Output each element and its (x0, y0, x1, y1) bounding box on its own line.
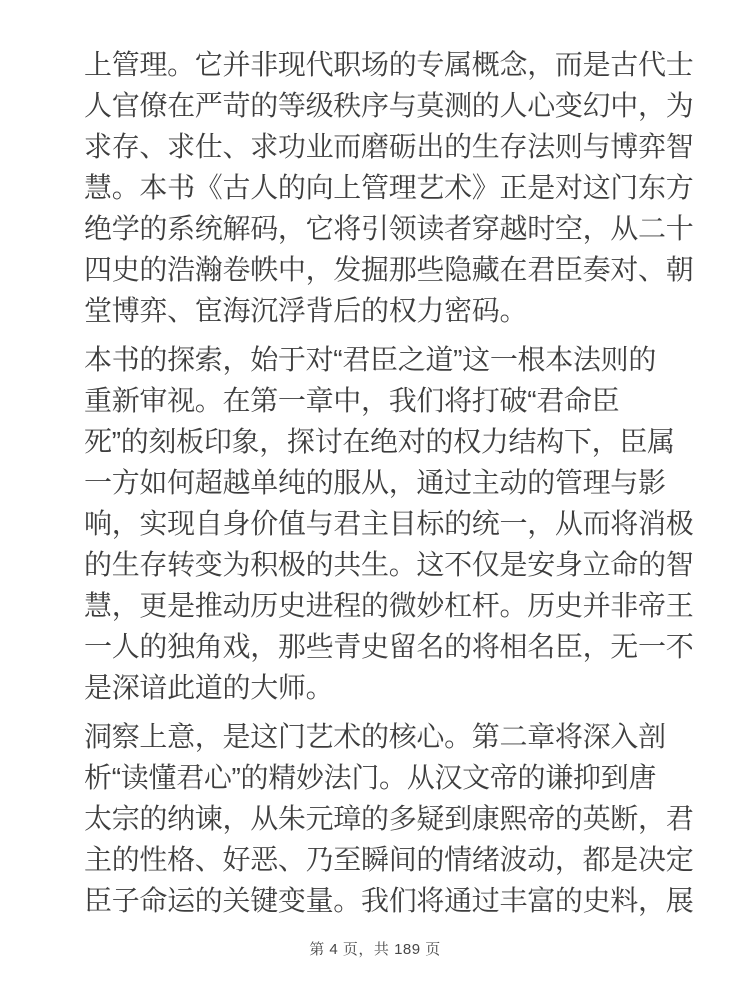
document-page: 上管理。它并非现代职场的专属概念，而是古代士人官僚在严苛的等级秩序与莫测的人心变… (0, 0, 750, 1000)
text-line: 一人的独角戏，那些青史留名的将相名臣，无一不 (84, 626, 684, 667)
text-line: 重新审视。在第一章中，我们将打破“君命臣 (84, 380, 684, 421)
paragraph: 上管理。它并非现代职场的专属概念，而是古代士人官僚在严苛的等级秩序与莫测的人心变… (84, 44, 684, 331)
page-content: 上管理。它并非现代职场的专属概念，而是古代士人官僚在严苛的等级秩序与莫测的人心变… (84, 0, 684, 929)
text-line: 臣子命运的关键变量。我们将通过丰富的史料，展 (84, 880, 684, 921)
text-line: 一方如何超越单纯的服从，通过主动的管理与影 (84, 462, 684, 503)
page-number-label: 第 4 页，共 189 页 (309, 941, 441, 958)
text-line: 死”的刻板印象，探讨在绝对的权力结构下，臣属 (84, 421, 684, 462)
paragraph: 本书的探索，始于对“君臣之道”这一根本法则的重新审视。在第一章中，我们将打破“君… (84, 339, 684, 708)
text-line: 太宗的纳谏，从朱元璋的多疑到康熙帝的英断，君 (84, 798, 684, 839)
text-line: 四史的浩瀚卷帙中，发掘那些隐藏在君臣奏对、朝 (84, 249, 684, 290)
text-line: 上管理。它并非现代职场的专属概念，而是古代士 (84, 44, 684, 85)
text-line: 本书的探索，始于对“君臣之道”这一根本法则的 (84, 339, 684, 380)
text-line: 洞察上意，是这门艺术的核心。第二章将深入剖 (84, 716, 684, 757)
text-line: 慧。本书《古人的向上管理艺术》正是对这门东方 (84, 167, 684, 208)
text-line: 主的性格、好恶、乃至瞬间的情绪波动，都是决定 (84, 839, 684, 880)
text-line: 慧，更是推动历史进程的微妙杠杆。历史并非帝王 (84, 585, 684, 626)
text-line: 求存、求仕、求功业而磨砺出的生存法则与博弈智 (84, 126, 684, 167)
text-line: 响，实现自身价值与君主目标的统一，从而将消极 (84, 503, 684, 544)
page-footer: 第 4 页，共 189 页 (0, 938, 750, 959)
text-line: 析“读懂君心”的精妙法门。从汉文帝的谦抑到唐 (84, 757, 684, 798)
text-line: 绝学的系统解码，它将引领读者穿越时空，从二十 (84, 208, 684, 249)
text-line: 人官僚在严苛的等级秩序与莫测的人心变幻中，为 (84, 85, 684, 126)
paragraph: 洞察上意，是这门艺术的核心。第二章将深入剖析“读懂君心”的精妙法门。从汉文帝的谦… (84, 716, 684, 921)
text-line: 是深谙此道的大师。 (84, 667, 684, 708)
text-line: 的生存转变为积极的共生。这不仅是安身立命的智 (84, 544, 684, 585)
text-line: 堂博弈、宦海沉浮背后的权力密码。 (84, 290, 684, 331)
